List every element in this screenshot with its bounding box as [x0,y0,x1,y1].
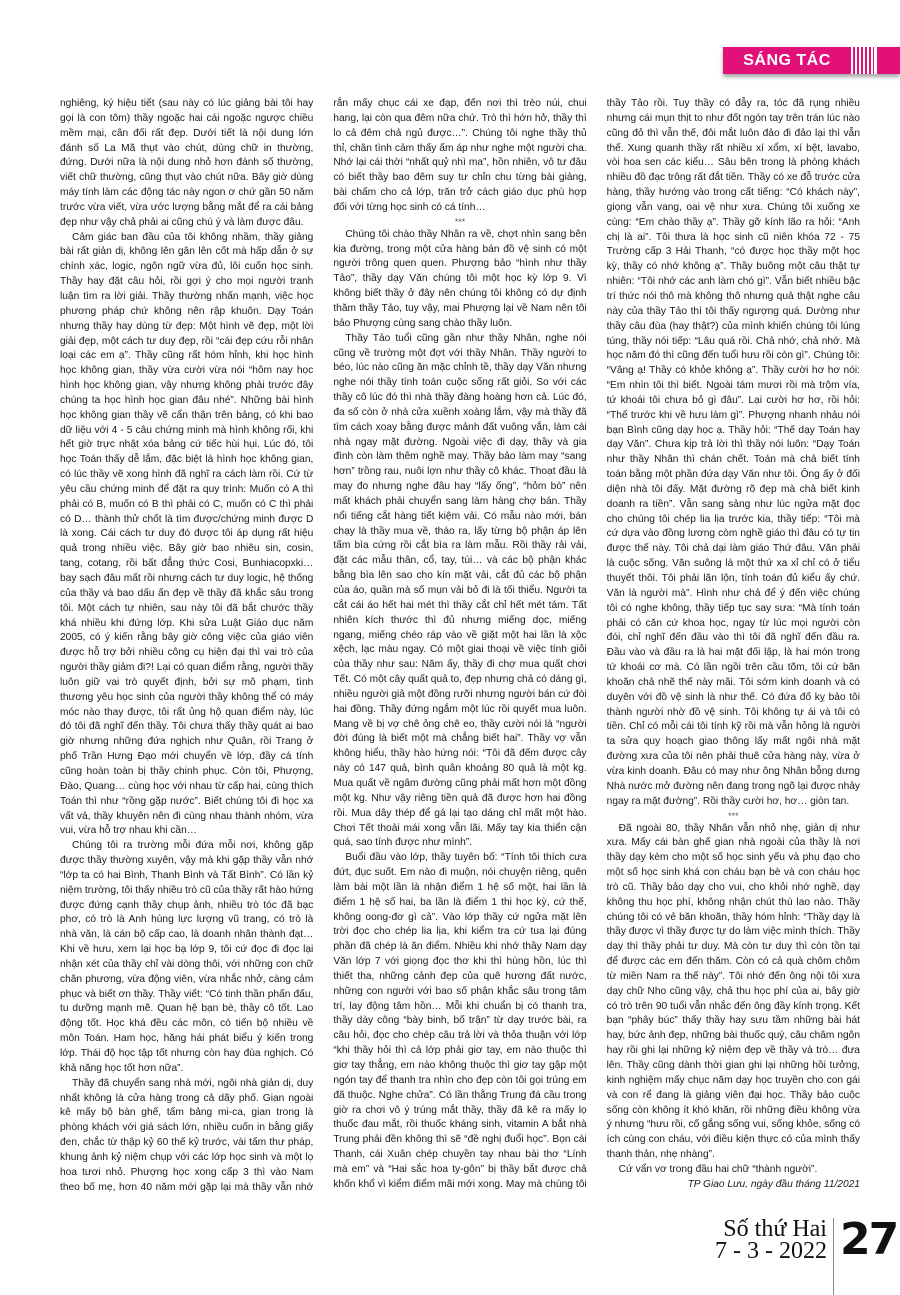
page-number: 27 [834,1218,897,1262]
section-tab: SÁNG TÁC [723,47,900,74]
article-body: nghiêng, ký hiệu tiết (sau này có lúc gi… [60,97,860,1192]
issue-info: Số thứ Hai 7 - 3 - 2022 [715,1218,833,1262]
issue-date: 7 - 3 - 2022 [715,1240,827,1262]
column-1: nghiêng, ký hiệu tiết (sau này có lúc gi… [60,97,313,1192]
decorative-stripes [851,47,874,74]
paragraph: Cảm giác ban đầu của tôi không nhầm, thầ… [60,231,313,840]
paragraph: Thầy đã chuyển sang nhà mới, ngôi nhà gi… [60,1077,313,1192]
paragraph: Đã ngoài 80, thầy Nhân vẫn nhỏ nhẹ, giản… [607,822,860,1163]
section-tab-tail [874,47,900,74]
section-separator: *** [333,216,586,228]
paragraph: nghiêng, ký hiệu tiết (sau này có lúc gi… [60,97,313,231]
paragraph: thầy Tảo rồi. Tuy thầy có đẫy ra, tóc đã… [607,97,860,810]
paragraph: Thầy Tảo tuổi cũng gần như thầy Nhân, ng… [333,332,586,852]
column-2: rắn mấy chục cái xe đạp, đến nơi thì trè… [333,97,586,1192]
paragraph: Chúng tôi chào thầy Nhân ra về, chợt nhì… [333,228,586,332]
section-label: SÁNG TÁC [723,47,851,74]
author-signature: TP Giao Lưu, ngày đầu tháng 11/2021 [607,1178,860,1192]
column-3: thầy Tảo rồi. Tuy thầy có đẫy ra, tóc đã… [607,97,860,1192]
paragraph: rắn mấy chục cái xe đạp, đến nơi thì trè… [333,97,586,216]
section-separator: *** [607,810,860,822]
issue-day: Số thứ Hai [715,1218,827,1240]
paragraph: Buổi đầu vào lớp, thầy tuyên bố: “Tính t… [333,851,586,1192]
page-footer: Số thứ Hai 7 - 3 - 2022 27 [715,1218,897,1295]
paragraph: Chúng tôi ra trường mỗi đứa mỗi nơi, khô… [60,839,313,1077]
paragraph: Cứ vẩn vơ trong đầu hai chữ “thành người… [607,1163,860,1178]
